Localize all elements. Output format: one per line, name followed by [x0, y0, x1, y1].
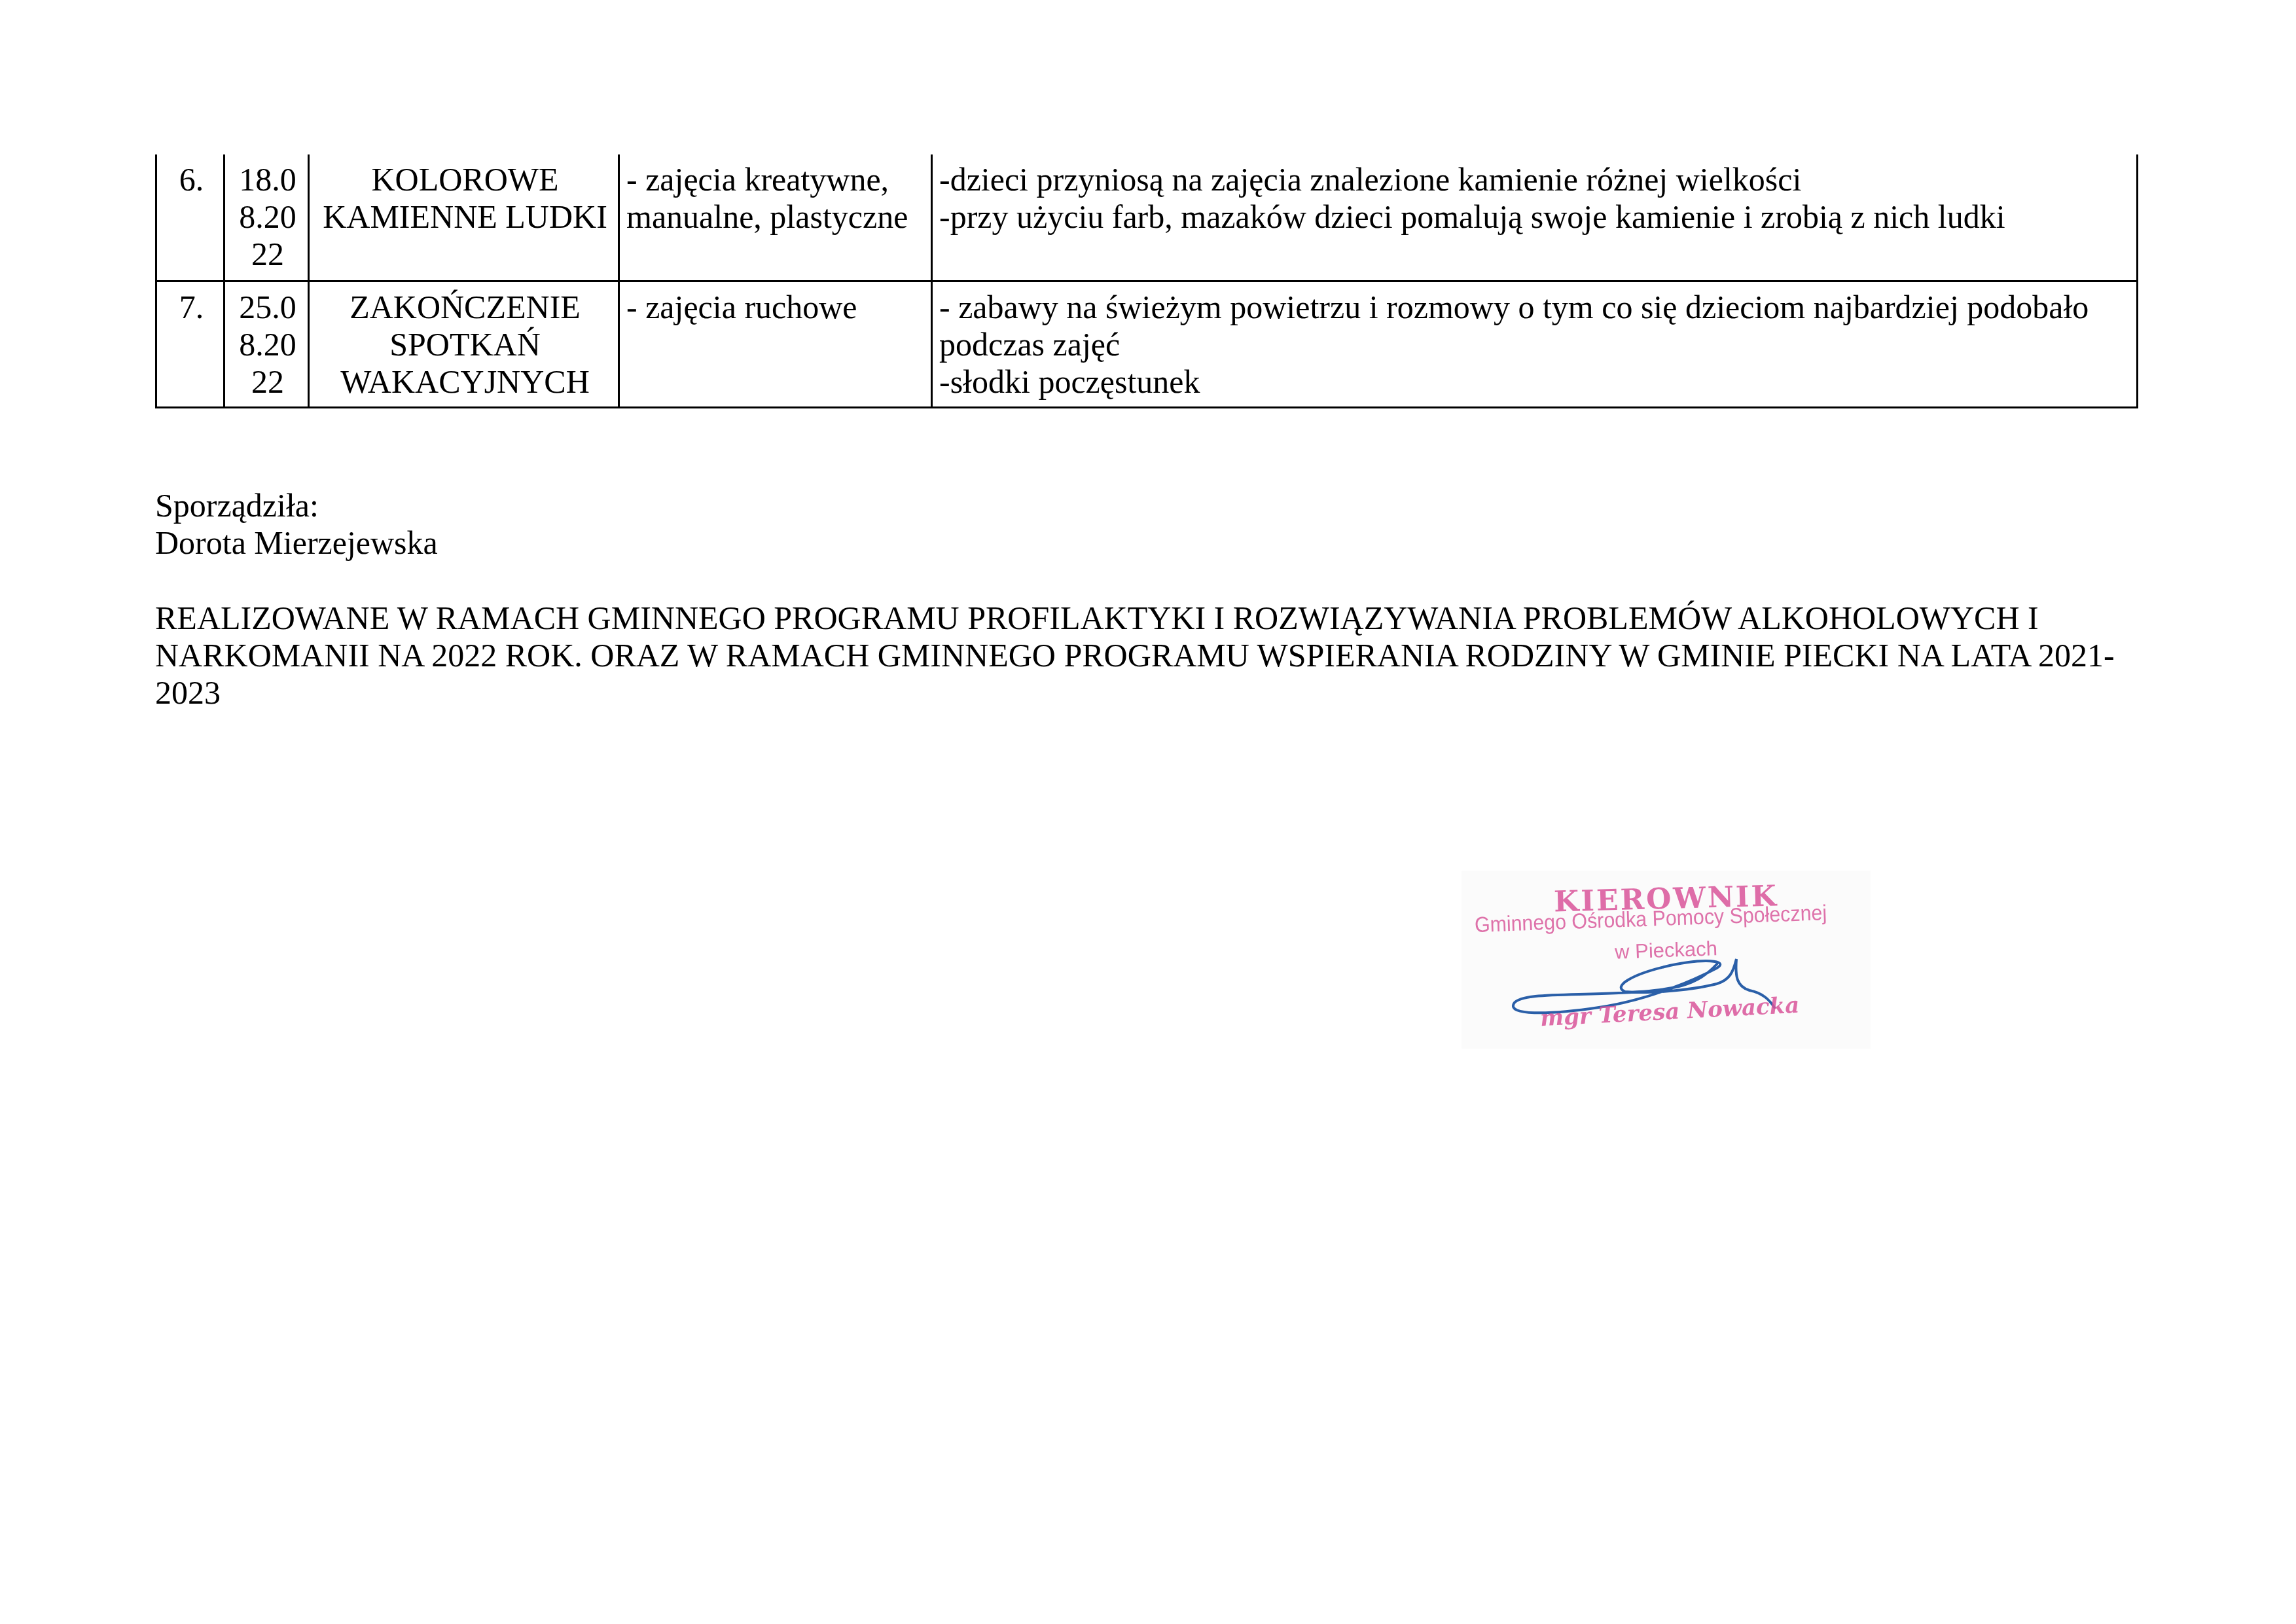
row-number: 7.	[156, 281, 224, 408]
row-activity-type: - zajęcia ruchowe	[619, 281, 932, 408]
activities-table: 6. 18.0 8.20 22 KOLOROWE KAMIENNE LUDKI …	[155, 154, 2138, 408]
row-date: 18.0 8.20 22	[224, 154, 309, 281]
row-description: - zabawy na świeżym powietrzu i rozmowy …	[932, 281, 2138, 408]
row-date: 25.0 8.20 22	[224, 281, 309, 408]
prepared-by-label: Sporządziła:	[155, 487, 438, 524]
prepared-by-name: Dorota Mierzejewska	[155, 524, 438, 562]
table-row: 7. 25.0 8.20 22 ZAKOŃCZENIE SPOTKAŃ WAKA…	[156, 281, 2138, 408]
row-description: -dzieci przyniosą na zajęcia znalezione …	[932, 154, 2138, 281]
table-row: 6. 18.0 8.20 22 KOLOROWE KAMIENNE LUDKI …	[156, 154, 2138, 281]
program-note: REALIZOWANE W RAMACH GMINNEGO PROGRAMU P…	[155, 600, 2145, 712]
row-number: 6.	[156, 154, 224, 281]
prepared-by: Sporządziła: Dorota Mierzejewska	[155, 487, 438, 562]
row-activity-type: - zajęcia kreatywne, manualne, plastyczn…	[619, 154, 932, 281]
document-page: 6. 18.0 8.20 22 KOLOROWE KAMIENNE LUDKI …	[0, 0, 2296, 1624]
row-title: KOLOROWE KAMIENNE LUDKI	[309, 154, 619, 281]
official-stamp: KIEROWNIK Gminnego Ośrodka Pomocy Społec…	[1462, 871, 1871, 1049]
row-title: ZAKOŃCZENIE SPOTKAŃ WAKACYJNYCH	[309, 281, 619, 408]
